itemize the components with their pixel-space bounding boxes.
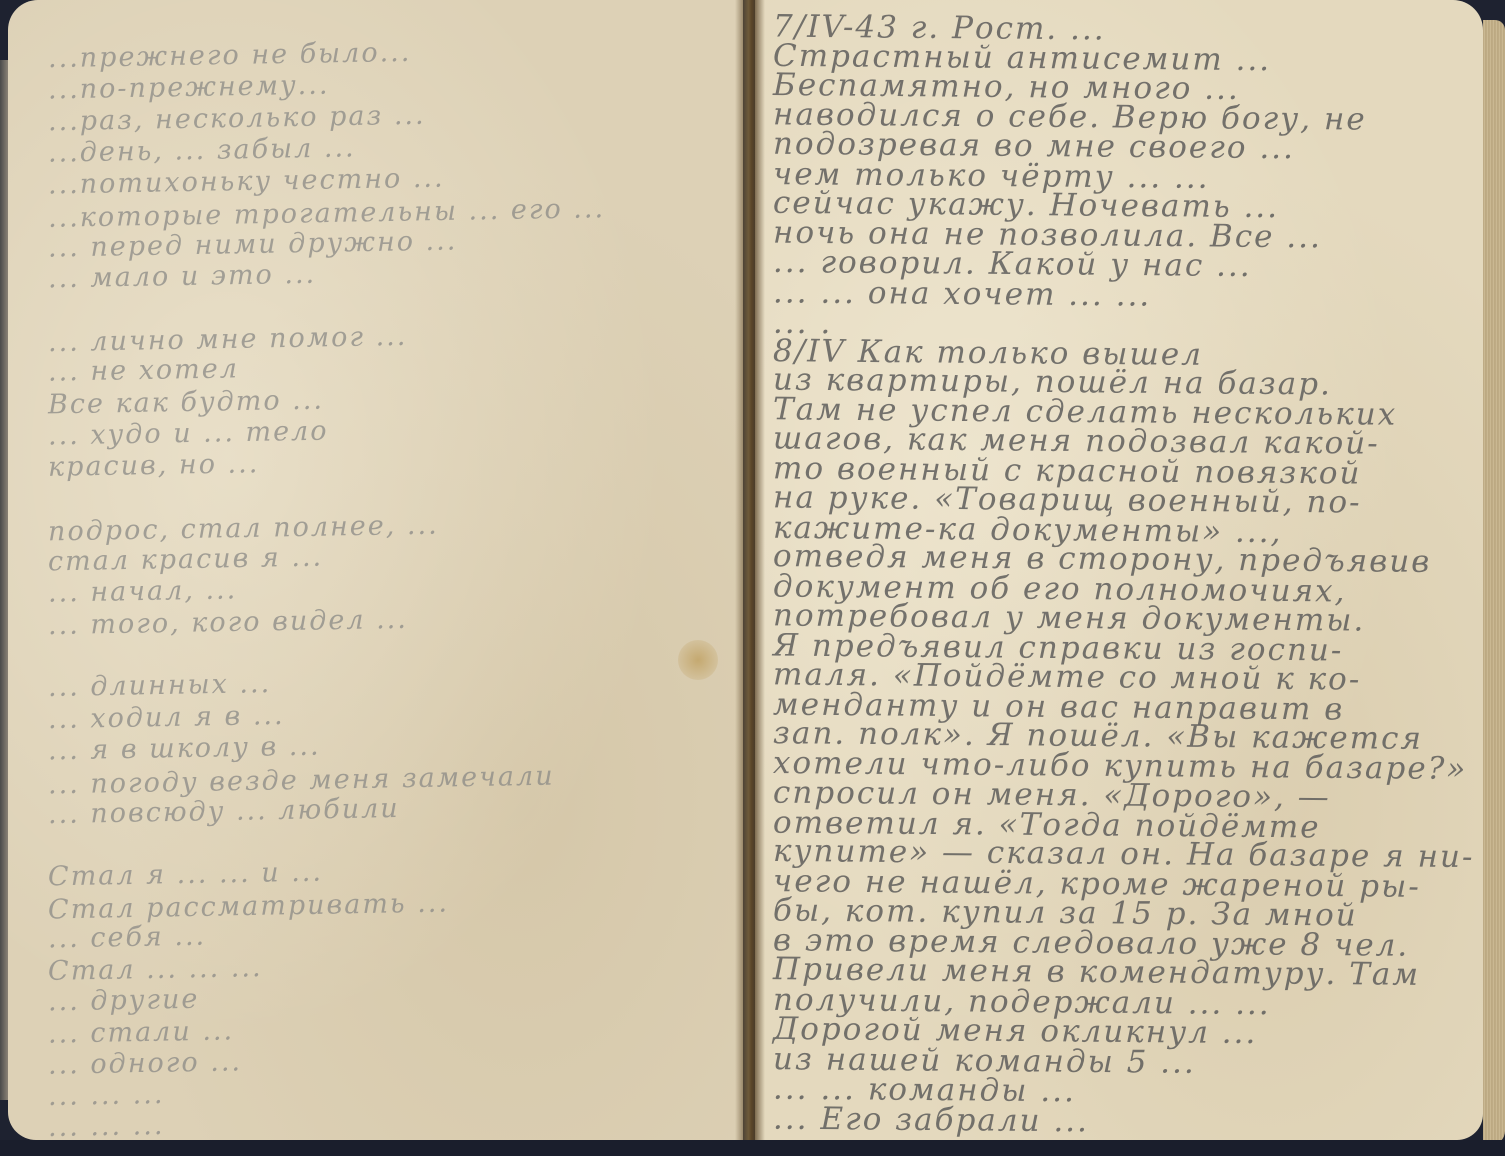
handwritten-line: ... худо и ... тело [48, 416, 329, 452]
handwritten-line: ... длинных ... [48, 668, 272, 703]
handwritten-line: ... того, кого видел ... [48, 604, 408, 641]
left-page-text: ...прежнего не было......по-прежнему....… [8, 0, 743, 1140]
handwritten-line: ... не хотел [48, 353, 239, 387]
handwritten-line: ...прежнего не было... [48, 37, 412, 74]
handwritten-line: ...день, ... забыл ... [48, 132, 356, 168]
handwritten-line: ... перед ними дружно ... [48, 225, 458, 263]
paper-stain [678, 640, 718, 680]
handwritten-line: ... ходил я в ... [48, 699, 285, 734]
handwritten-line: ... лично мне помог ... [48, 320, 408, 357]
handwritten-line: ... я в школу в ... [48, 731, 321, 767]
handwritten-line: ... себя ... [48, 921, 207, 955]
handwritten-line: ... повсюду ... любили [48, 793, 400, 830]
handwritten-line: Стал я ... ... и ... [48, 857, 323, 893]
right-page: 7/IV-43 г. Рост. ...Страстный антисемит … [755, 0, 1483, 1140]
handwritten-line: подрос, стал полнее, ... [48, 509, 439, 547]
handwritten-line: ...раз, несколько раз ... [48, 100, 426, 138]
handwritten-line: ... ... ... [48, 1110, 165, 1140]
handwritten-line: ... стали ... [48, 1015, 235, 1049]
handwritten-line: Стал ... ... ... [48, 952, 263, 987]
notebook-spread: ...прежнего не было......по-прежнему....… [0, 0, 1505, 1145]
handwritten-line: ... мало и это ... [48, 258, 317, 294]
handwritten-line: Все как будто ... [48, 384, 324, 420]
handwritten-line: ... ... ... [48, 1078, 165, 1111]
handwritten-line: стал красив я ... [48, 542, 324, 578]
scan-background [0, 1140, 1505, 1156]
handwritten-line: ... другие [48, 984, 200, 1018]
handwritten-line: Стал рассматривать ... [48, 887, 449, 925]
page-gutter-spine [735, 0, 765, 1140]
handwritten-line: ...по-прежнему... [48, 69, 330, 105]
handwritten-line: ...потихоньку честно ... [48, 163, 445, 201]
handwritten-line: красив, но ... [48, 448, 260, 483]
right-page-text: 7/IV-43 г. Рост. ...Страстный антисемит … [755, 0, 1483, 1140]
left-page: ...прежнего не было......по-прежнему....… [8, 0, 743, 1140]
page-stack-edge-right [1483, 20, 1505, 1145]
handwritten-line: ... начал, ... [48, 574, 238, 608]
handwritten-line: ... одного ... [48, 1046, 242, 1080]
handwritten-line: ... Его забрали ... [773, 1100, 1089, 1139]
